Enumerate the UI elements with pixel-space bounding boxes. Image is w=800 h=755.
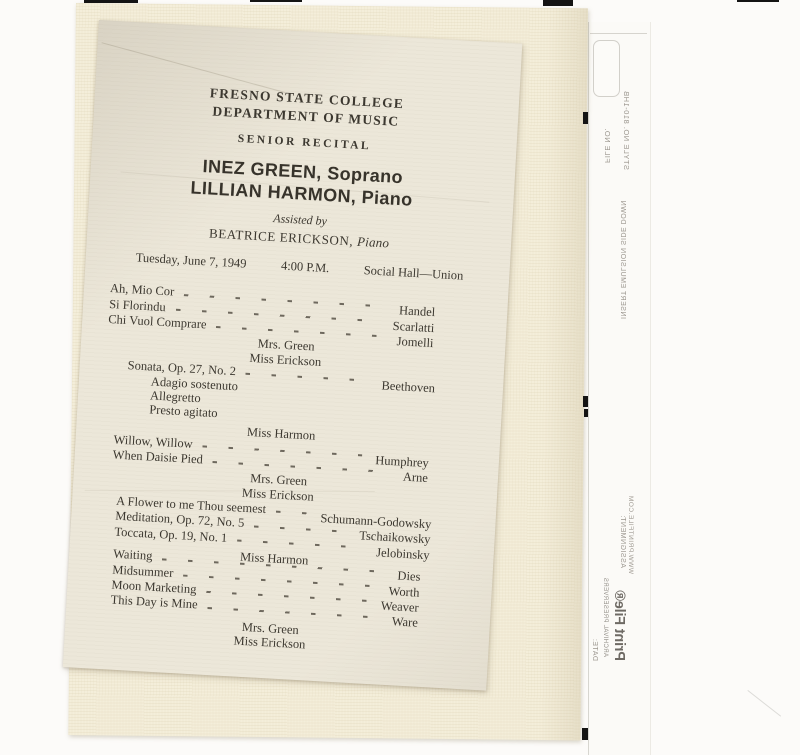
scanner-artifact [583,112,588,124]
sleeve-file-no-label: FILE NO. [603,128,612,163]
scanner-artifact [583,396,588,407]
sleeve-brand-tagline: ARCHIVAL PRESERVERS [602,577,608,657]
assistant-role: Piano [357,234,390,251]
piece-composer: Humphrey [375,453,429,470]
piece-composer: Handel [399,304,436,320]
event-date: Tuesday, June 7, 1949 [135,251,247,272]
event-venue: Social Hall—Union [363,264,463,285]
scanner-artifact [584,409,588,417]
program-paper: FRESNO STATE COLLEGE DEPARTMENT OF MUSIC… [63,20,523,691]
piece-composer: Jelobinsky [376,545,430,562]
dotted-leader [237,539,362,548]
scanner-artifact [737,0,779,2]
scanner-artifact [250,0,302,2]
piece-composer: Dies [397,569,421,585]
sleeve-style-no-label: STYLE NO. 810-1HB [622,91,631,170]
performer-role: Soprano [327,163,404,187]
sleeve-date-label: DATE: [591,638,598,661]
event-time: 4:00 P.M. [281,259,330,277]
sleeve-tab [593,40,620,97]
dotted-leader [207,607,378,619]
piece-composer: Beethoven [381,378,435,395]
piece-composer: Arne [403,470,429,486]
performer-role: Piano [361,187,413,210]
event-details-row: Tuesday, June 7, 1949 4:00 P.M. Social H… [135,251,463,284]
dotted-leader [254,525,345,532]
sleeve-brand-url: WWW.PRINTFILE.COM [627,495,634,574]
sleeve-seam-line [590,33,647,34]
piece-composer: Scarlatti [392,319,434,336]
dotted-leader [276,511,307,515]
scanner-scratch [747,690,781,717]
piece-composer: Ware [391,615,418,631]
piece-composer: Jomelli [396,334,434,350]
piece-composer: Worth [388,584,420,600]
sleeve-assignment-label: ASSIGNMENT: [619,515,626,568]
piece-composer: Weaver [380,599,419,615]
scanner-artifact [543,0,573,6]
program-content: FRESNO STATE COLLEGE DEPARTMENT OF MUSIC… [64,20,522,662]
print-file-logo: Print File® [611,590,627,661]
scanner-artifact [84,0,138,3]
piece-title: Waiting [113,547,153,564]
scanner-artifact [582,728,588,740]
sleeve-insert-note: INSERT EMULSION SIDE DOWN [619,200,626,319]
scanned-document-page: FILE NO. STYLE NO. 810-1HB INSERT EMULSI… [0,0,800,755]
